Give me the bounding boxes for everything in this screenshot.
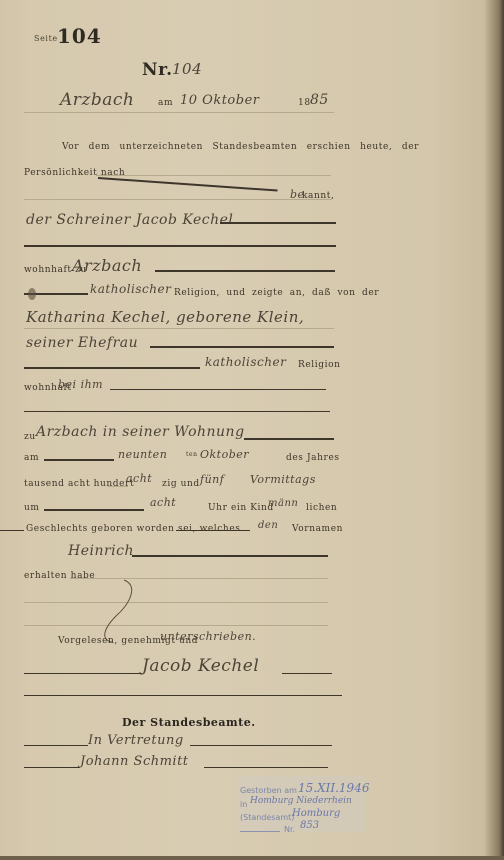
erhalten-habe-label: erhalten habe [24, 571, 95, 581]
informant-signature: Jacob Kechel [142, 656, 259, 676]
rule [24, 112, 334, 113]
stamp-death-date: 15.XII.1946 [298, 781, 369, 795]
um-label: um [24, 503, 40, 513]
fill-line [176, 530, 250, 531]
birth-hour: acht [150, 496, 176, 509]
bekannt-label: kannt, [302, 191, 335, 201]
fill-line [24, 767, 80, 768]
persoenlichkeit-label: Persönlichkeit nach [24, 168, 125, 178]
informant-residence: Arzbach [72, 256, 142, 275]
register-page: Seite 104 Nr. 104 Arzbach am 10 Oktober … [0, 0, 504, 860]
rule [24, 602, 328, 603]
birth-month: Oktober [200, 448, 249, 461]
intro-text: Vor dem unterzeichneten Standesbeamten e… [62, 142, 419, 152]
fill-line [24, 411, 330, 412]
informant-religion: katholischer [90, 282, 171, 296]
fill-line [24, 673, 142, 674]
religion-label-2: Religion [298, 360, 341, 370]
page-bottom-edge [0, 856, 504, 860]
religion-line-1: Religion, und zeigte an, daß von der [174, 288, 379, 298]
rule [24, 199, 331, 200]
zu-label: zu [24, 432, 36, 442]
zig-und-label: zig und [162, 479, 200, 489]
fill-line [24, 245, 336, 247]
mother-name: Katharina Kechel, geborene Klein, [26, 308, 304, 326]
stamp-line [240, 831, 280, 832]
stamp-gestorben-label: Gestorben am [240, 786, 297, 795]
fill-line [190, 745, 332, 746]
fill-line [282, 673, 332, 674]
fill-line [44, 459, 114, 461]
am-label: am [158, 98, 173, 108]
fill-line [44, 509, 144, 511]
birth-place: Arzbach in seiner Wohnung [36, 424, 245, 440]
rule [24, 328, 334, 329]
der-word: den [258, 520, 278, 531]
fill-line [24, 367, 200, 369]
uhr-kind-label: Uhr ein Kind [208, 503, 274, 513]
fill-line [150, 346, 334, 348]
des-jahres-label: des Jahres [286, 453, 340, 463]
birth-day: neunten [118, 448, 167, 461]
stamp-in-label: in [240, 800, 247, 809]
lichen-label: lichen [306, 503, 337, 513]
stamp-nr: 853 [300, 820, 319, 831]
fill-line [24, 695, 342, 696]
geschlechts-label: Geschlechts geboren worden sei, welches [26, 524, 240, 534]
mother-relation: seiner Ehefrau [26, 335, 138, 351]
place-of-registration: Arzbach [60, 90, 134, 110]
strike-line [98, 177, 278, 191]
seite-number: 104 [57, 24, 102, 48]
year-prefix: 18 [298, 98, 311, 108]
child-name: Heinrich [68, 543, 134, 559]
stamp-standesamt-label: (Standesamt) [240, 813, 294, 822]
ten-suffix: ten [186, 451, 198, 458]
stamp-nr-label: Nr. [284, 825, 295, 834]
fill-line [220, 222, 336, 224]
mother-residence: bei ihm [58, 378, 103, 391]
standesbeamte-heading: Der Standesbeamte. [122, 716, 256, 729]
am-label-2: am [24, 453, 39, 463]
year-suffix: 85 [310, 92, 329, 108]
nr-value: 104 [172, 60, 202, 78]
vornamen-label: Vornamen [292, 524, 343, 534]
seite-label: Seite [34, 34, 58, 43]
registration-date: 10 Oktober [180, 93, 260, 108]
child-gender: männ [268, 498, 298, 509]
fill-line [132, 555, 328, 557]
decade-word: acht [126, 472, 152, 485]
stamp-death-place: Homburg Niederrhein [250, 796, 352, 806]
fill-line [110, 389, 326, 390]
stamp-standesamt: Homburg [292, 808, 340, 819]
rule [108, 486, 128, 487]
rule [24, 625, 328, 626]
fill-line [24, 745, 88, 746]
nr-label: Nr. [142, 60, 173, 80]
time-of-day: Vormittags [250, 473, 316, 486]
informant-name: der Schreiner Jacob Kechel [26, 212, 233, 228]
rule [96, 175, 331, 176]
registrar-signature: Johann Schmitt [80, 754, 189, 769]
tausend-label: tausend acht hundert [24, 479, 134, 489]
fill-line [0, 530, 24, 531]
ink-blot [28, 288, 36, 300]
fill-line [155, 270, 335, 272]
fill-line [244, 438, 334, 440]
mother-religion: katholischer [205, 355, 286, 369]
fill-line [204, 767, 328, 768]
year-unit-word: fünf [200, 473, 224, 486]
vertretung-note: In Vertretung [88, 733, 184, 748]
unterschrieben-word: unterschrieben. [160, 630, 256, 643]
